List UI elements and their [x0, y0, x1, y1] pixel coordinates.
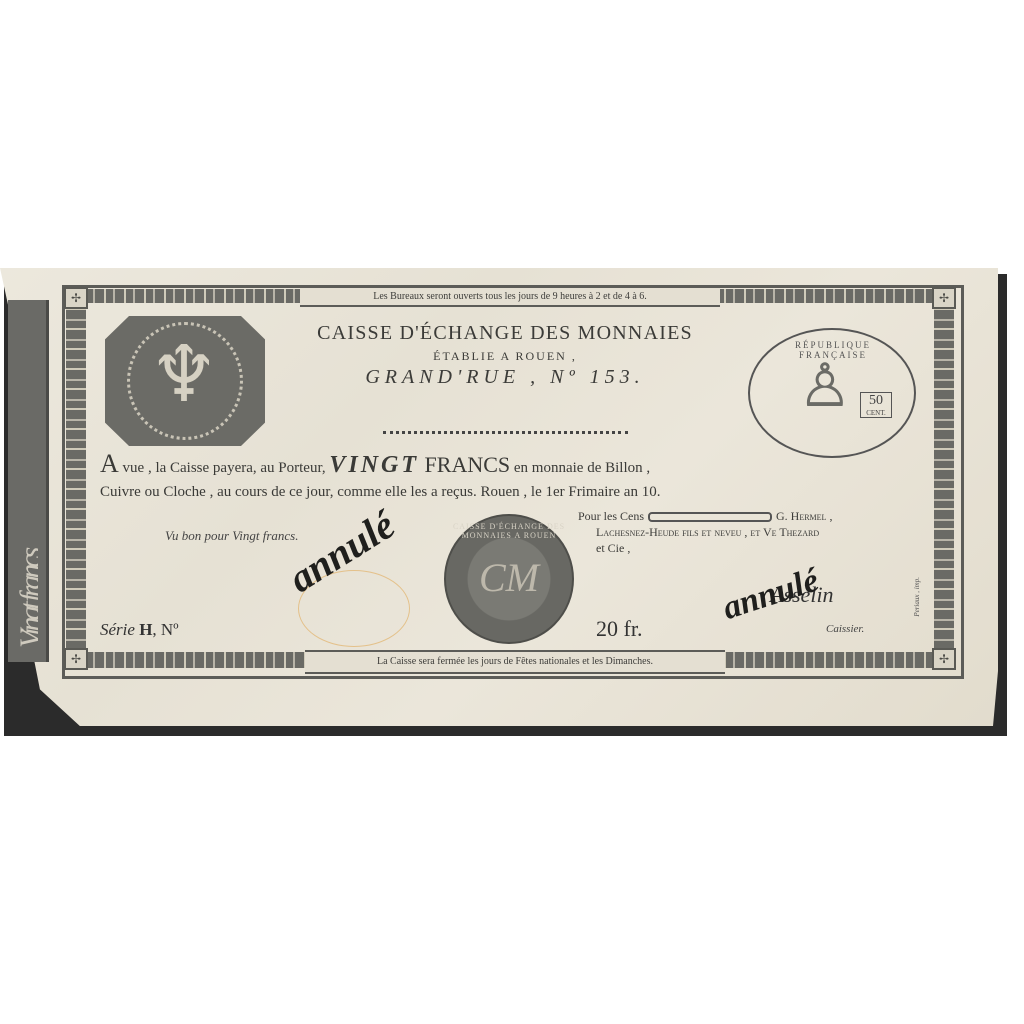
corner-ornament-icon: ✢ [932, 287, 956, 309]
stamp-value: 50 CENT. [860, 392, 892, 418]
corner-ornament-icon: ✢ [64, 287, 88, 309]
winged-figure-vignette: ♆ [105, 316, 265, 446]
vu-bon-text: Vu bon pour Vingt francs. [165, 528, 299, 544]
currency-word: FRANCS [419, 452, 510, 477]
amount-word: VINGT [329, 452, 419, 478]
wavy-rule [383, 425, 628, 434]
counterfoil-stub: Vingt francs [8, 300, 49, 662]
denomination: 20 fr. [596, 616, 642, 642]
issuer-title: CAISSE D'ÉCHANGE DES MONNAIES ÉTABLIE A … [265, 322, 745, 389]
seated-figure-icon: ♙ [798, 356, 852, 416]
closing-days-cartouche: La Caisse sera fermée les jours de Fêtes… [305, 650, 725, 674]
series-letter: H [139, 620, 152, 639]
stub-script: Vingt francs [14, 312, 38, 648]
angel-icon: ♆ [149, 336, 219, 414]
tax-stamp: RÉPUBLIQUE FRANÇAISE ♙ 50 CENT. [748, 328, 916, 458]
promise-text: A vue , la Caisse payera, au Porteur, VI… [100, 452, 940, 504]
chain-ornament-icon [648, 512, 772, 522]
corner-ornament-icon: ✢ [932, 648, 956, 670]
serial-block: Série H, Nº [100, 620, 178, 640]
title-line-1: CAISSE D'ÉCHANGE DES MONNAIES [265, 322, 745, 345]
title-line-2: ÉTABLIE A ROUEN , [265, 349, 745, 364]
issuers-block: Pour les CensG. Hermel , Lachesnez-Heude… [578, 508, 938, 556]
seal-legend: CAISSE D'ÉCHANGE DES MONNAIES A ROUEN [446, 522, 572, 540]
promise-line-2: Cuivre ou Cloche , au cours de ce jour, … [100, 484, 660, 500]
cashier-label: Caissier. [826, 623, 864, 635]
drop-cap: A [100, 449, 119, 478]
border-band-left [66, 289, 86, 668]
printer-imprint: Periaux , imp. [913, 577, 921, 617]
seal-monogram: CM [446, 554, 572, 601]
corner-ornament-icon: ✢ [64, 648, 88, 670]
opening-hours-cartouche: Les Bureaux seront ouverts tous les jour… [300, 286, 720, 307]
embossed-seal: CAISSE D'ÉCHANGE DES MONNAIES A ROUEN CM [444, 514, 574, 644]
title-line-3: GRAND'RUE , Nº 153. [265, 366, 745, 389]
